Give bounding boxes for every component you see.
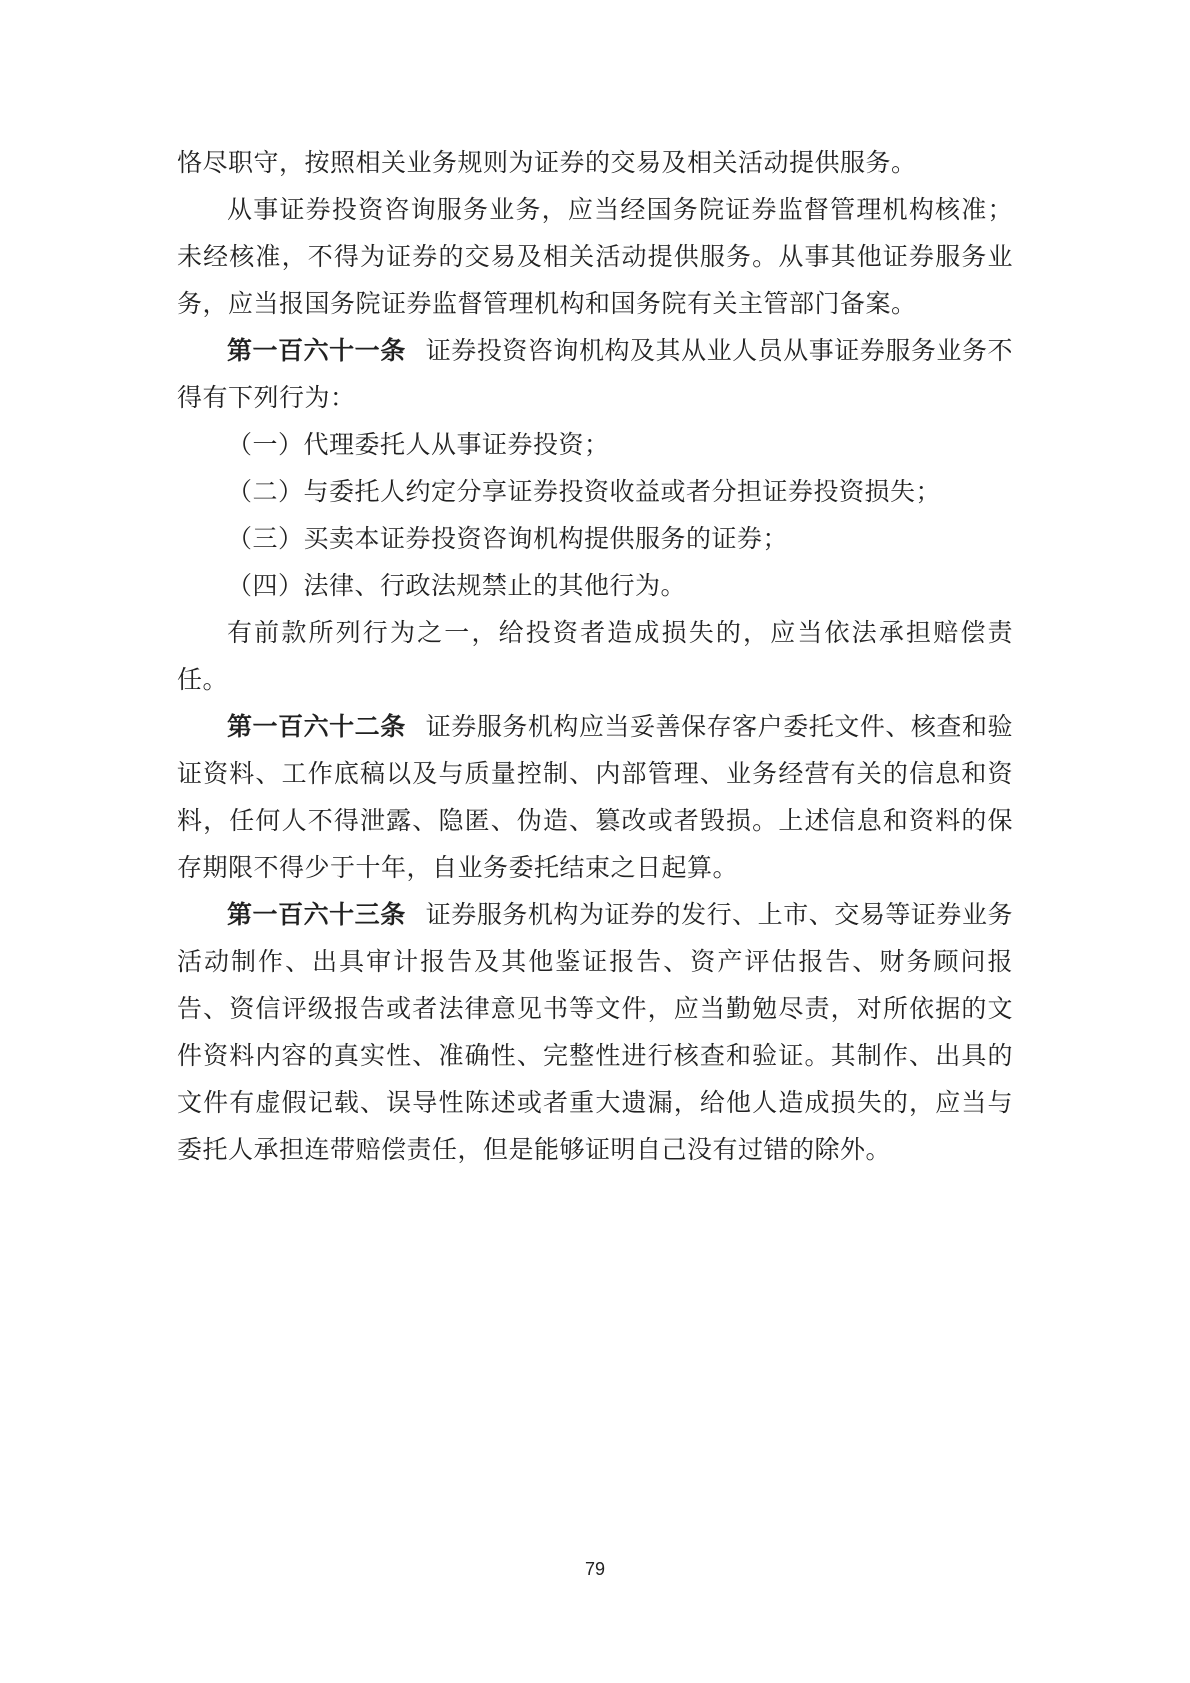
paragraph-text: 证券服务机构为证券的发行、上市、交易等证券业务活动制作、出具审计报告及其他鉴证报… (177, 902, 1013, 1164)
document-page: 恪尽职守，按照相关业务规则为证券的交易及相关活动提供服务。从事证券投资咨询服务业… (0, 0, 1190, 1683)
paragraph-text: 从事证券投资咨询服务业务，应当经国务院证券监督管理机构核准；未经核准，不得为证券… (177, 197, 1013, 318)
paragraph: 有前款所列行为之一，给投资者造成损失的，应当依法承担赔偿责任。 (177, 610, 1013, 704)
paragraph: （四）法律、行政法规禁止的其他行为。 (177, 563, 1013, 610)
text-block: 恪尽职守，按照相关业务规则为证券的交易及相关活动提供服务。从事证券投资咨询服务业… (177, 140, 1013, 1174)
paragraph-text: 恪尽职守，按照相关业务规则为证券的交易及相关活动提供服务。 (177, 150, 917, 177)
paragraph: 从事证券投资咨询服务业务，应当经国务院证券监督管理机构核准；未经核准，不得为证券… (177, 187, 1013, 328)
paragraph-text: 有前款所列行为之一，给投资者造成损失的，应当依法承担赔偿责任。 (177, 620, 1013, 694)
paragraph: 第一百六十三条证券服务机构为证券的发行、上市、交易等证券业务活动制作、出具审计报… (177, 892, 1013, 1174)
paragraph-text: （四）法律、行政法规禁止的其他行为。 (227, 573, 686, 600)
paragraph: （三）买卖本证券投资咨询机构提供服务的证券； (177, 516, 1013, 563)
paragraph: 第一百六十一条证券投资咨询机构及其从业人员从事证券服务业务不得有下列行为： (177, 328, 1013, 422)
paragraph-text: （一）代理委托人从事证券投资； (227, 432, 610, 459)
page-footer: 79 (0, 1556, 1190, 1582)
paragraph-text: （二）与委托人约定分享证券投资收益或者分担证券投资损失； (227, 479, 941, 506)
page-number: 79 (585, 1559, 605, 1579)
article-number: 第一百六十三条 (227, 902, 406, 929)
paragraph: （一）代理委托人从事证券投资； (177, 422, 1013, 469)
paragraph: （二）与委托人约定分享证券投资收益或者分担证券投资损失； (177, 469, 1013, 516)
paragraph: 第一百六十二条证券服务机构应当妥善保存客户委托文件、核查和验证资料、工作底稿以及… (177, 704, 1013, 892)
article-number: 第一百六十一条 (227, 338, 406, 365)
article-number: 第一百六十二条 (227, 714, 406, 741)
paragraph-text: （三）买卖本证券投资咨询机构提供服务的证券； (227, 526, 788, 553)
paragraph: 恪尽职守，按照相关业务规则为证券的交易及相关活动提供服务。 (177, 140, 1013, 187)
